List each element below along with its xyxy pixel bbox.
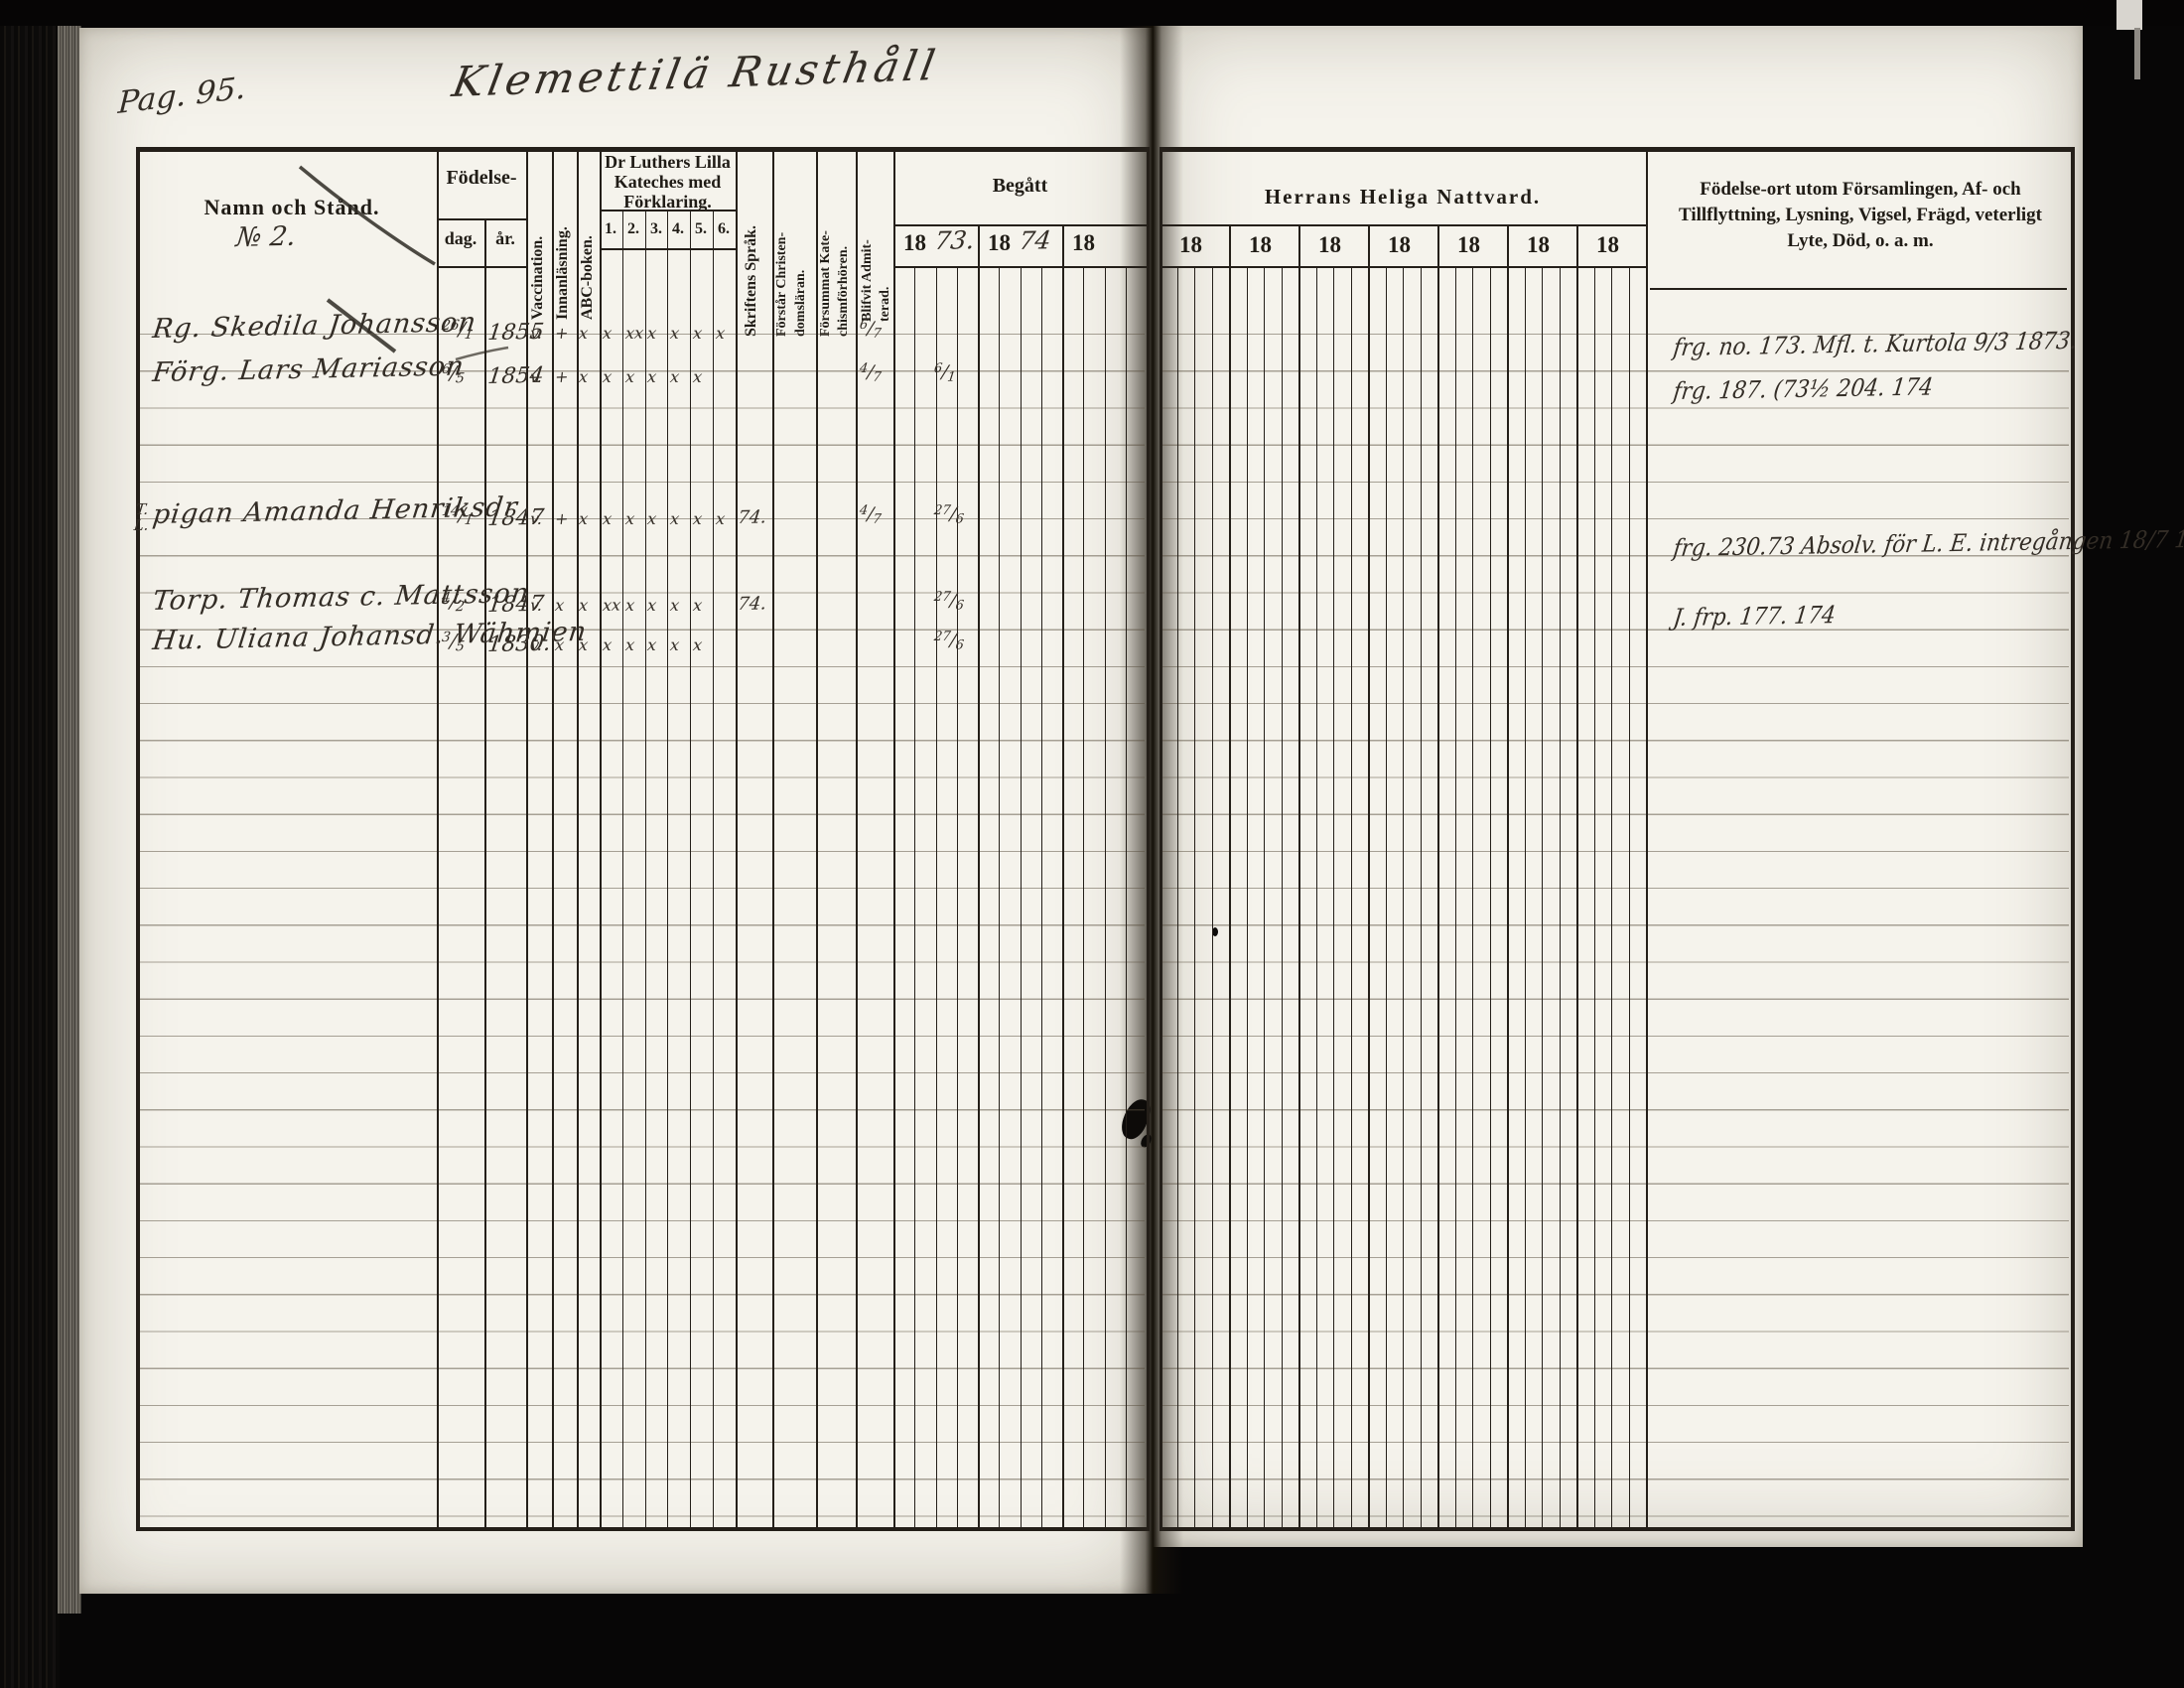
left-page-rowlines	[138, 298, 1145, 1527]
grid-vline	[1147, 147, 1150, 1531]
entry-innanlasning-mark: +	[554, 367, 570, 386]
scan-corner-notch	[2116, 0, 2142, 30]
grid-hline	[437, 218, 526, 220]
grid-vline	[1421, 266, 1422, 1531]
grid-vline	[1264, 266, 1265, 1531]
entry-begatt-date: 27/6	[932, 589, 966, 614]
column-header-blifvit-line1: Blifvit Admit-	[860, 153, 876, 322]
entry-birth-day: 4/2	[440, 590, 467, 616]
grid-vline	[999, 266, 1000, 1531]
grid-vline	[816, 147, 818, 1531]
nattvard-year-printed: 18	[1179, 232, 1202, 258]
grid-vline	[1472, 266, 1473, 1531]
grid-hline	[1160, 1527, 2071, 1531]
page-edge-stack	[58, 25, 81, 1614]
begatt-year-printed: 18	[1072, 230, 1095, 256]
grid-vline	[136, 147, 140, 1531]
grid-vline	[936, 266, 937, 1531]
grid-hline	[1160, 266, 1646, 268]
grid-vline	[526, 147, 528, 1531]
entry-skriftens-value: 74.	[737, 506, 767, 528]
grid-hline	[136, 147, 1147, 152]
entry-admitterad-date: 6/7	[858, 318, 884, 343]
entry-begatt-date: 27/6	[932, 629, 966, 653]
grid-vline	[1160, 147, 1162, 1531]
grid-hline	[136, 1527, 1147, 1531]
grid-vline	[1126, 266, 1127, 1531]
luther-number-label: 4.	[667, 220, 689, 238]
column-header-namn: Namn och Stånd.	[149, 195, 435, 220]
grid-vline	[893, 147, 895, 1531]
grid-vline	[1298, 224, 1300, 1531]
household-number: № 2.	[234, 221, 298, 253]
grid-vline	[1594, 266, 1595, 1531]
grid-vline	[1525, 266, 1526, 1531]
grid-vline	[577, 147, 579, 1531]
grid-vline	[600, 147, 602, 1531]
grid-vline	[914, 266, 915, 1531]
entry-name: Förg. Lars Mariasson	[151, 351, 467, 388]
entry-skriftens-value: 74.	[737, 593, 767, 615]
luther-number-label: 1.	[600, 220, 621, 238]
grid-hline	[600, 248, 736, 250]
nattvard-year-printed: 18	[1527, 232, 1550, 258]
grid-vline	[1368, 224, 1370, 1531]
grid-vline	[978, 224, 980, 1531]
panel-header-fodelseort: Födelse-ort utom Församlingen, Af- och T…	[1662, 177, 2059, 254]
grid-vline	[645, 210, 646, 1531]
grid-hline	[893, 266, 1147, 268]
book-spine	[0, 0, 60, 1688]
grid-vline	[1229, 224, 1231, 1531]
scanned-parish-register: Pag. 95. Klemettilä Rusthåll Namn och St…	[0, 0, 2184, 1688]
entry-kateches-mark: xx	[624, 324, 644, 343]
grid-vline	[1507, 224, 1509, 1531]
grid-vline	[772, 147, 774, 1531]
grid-vline	[667, 210, 668, 1531]
nattvard-year-printed: 18	[1318, 232, 1341, 258]
luther-number-label: 6.	[713, 220, 735, 238]
nattvard-year-printed: 18	[1457, 232, 1480, 258]
grid-vline	[1542, 266, 1543, 1531]
nattvard-year-printed: 18	[1388, 232, 1411, 258]
entry-birth-day: 26/1	[440, 317, 476, 343]
grid-vline	[1194, 266, 1195, 1531]
entry-admitterad-date: 4/7	[858, 361, 884, 386]
grid-vline	[552, 147, 554, 1531]
grid-vline	[1455, 266, 1456, 1531]
grid-hline	[600, 210, 736, 211]
entry-vaccination-mark: v.	[529, 509, 544, 528]
grid-vline	[1062, 224, 1064, 1531]
grid-vline	[1083, 266, 1084, 1531]
grid-vline	[1316, 266, 1317, 1531]
grid-vline	[1629, 266, 1630, 1531]
entry-vaccination-mark: v.	[529, 596, 544, 615]
entry-vaccination-mark: v.	[529, 367, 544, 386]
column-header-innanlasning: Innanläsning.	[554, 153, 572, 320]
grid-vline	[1437, 224, 1439, 1531]
column-header-ar: år.	[485, 228, 525, 249]
entry-vaccination-mark: v.	[529, 635, 544, 654]
begatt-year-printed: 18	[988, 230, 1011, 256]
grid-vline	[1105, 266, 1106, 1531]
grid-hline	[1160, 224, 1646, 226]
grid-vline	[1560, 266, 1561, 1531]
nattvard-year-printed: 18	[1596, 232, 1619, 258]
grid-vline	[1403, 266, 1404, 1531]
grid-vline	[1041, 266, 1042, 1531]
luther-number-label: 3.	[645, 220, 667, 238]
entry-vaccination-mark: v.	[529, 324, 544, 343]
grid-vline	[1333, 266, 1334, 1531]
grid-vline	[1177, 266, 1178, 1531]
scan-edge-line	[2134, 28, 2140, 79]
begatt-year-handwritten: 74	[1018, 225, 1052, 255]
entry-admitterad-date: 4/7	[858, 503, 884, 528]
entry-begatt-date: 27/6	[932, 502, 966, 527]
grid-vline	[1576, 224, 1578, 1531]
entry-kateches-mark: xx	[602, 596, 621, 615]
grid-vline	[736, 147, 738, 1531]
entry-innanlasning-mark: +	[554, 324, 570, 343]
begatt-year-printed: 18	[903, 230, 926, 256]
column-header-luther: Dr Luthers Lilla Kateches med Förklaring…	[601, 152, 735, 211]
column-header-blifvit-line2: terad.	[878, 153, 893, 322]
top-scan-border	[0, 0, 2184, 26]
grid-hline	[437, 266, 526, 268]
grid-vline	[1351, 266, 1352, 1531]
column-header-fodelse: Födelse-	[438, 167, 525, 190]
grid-vline	[1212, 266, 1213, 1531]
grid-vline	[856, 147, 858, 1531]
grid-vline	[1247, 266, 1248, 1531]
grid-vline	[1611, 266, 1612, 1531]
panel-note: frg. 187. (73½ 204. 174	[1672, 372, 1935, 405]
grid-vline	[1490, 266, 1491, 1531]
grid-vline	[957, 266, 958, 1531]
grid-vline	[2071, 147, 2075, 1531]
begatt-year-handwritten: 73.	[933, 225, 976, 255]
column-header-vaccination: Vaccination.	[529, 153, 547, 320]
grid-vline	[1386, 266, 1387, 1531]
grid-vline	[690, 210, 691, 1531]
grid-hline	[1650, 288, 2067, 290]
grid-vline	[1646, 147, 1648, 1531]
grid-vline	[1021, 266, 1022, 1531]
panel-note: J. frp. 177. 174	[1672, 601, 1838, 632]
nattvard-year-printed: 18	[1249, 232, 1272, 258]
grid-vline	[1282, 266, 1283, 1531]
column-header-nattvard: Herrans Heliga Nattvard.	[1160, 185, 1646, 210]
entry-innanlasning-mark: +	[554, 509, 570, 528]
entry-birth-day: 3/5	[440, 630, 467, 655]
grid-vline	[713, 210, 714, 1531]
entry-birth-day: 6/5	[440, 361, 467, 387]
column-header-abc-boken: ABC-boken.	[579, 153, 597, 320]
luther-number-label: 2.	[622, 220, 644, 238]
grid-vline	[622, 210, 623, 1531]
entry-begatt-date: 6/1	[932, 361, 958, 386]
column-header-begatt: Begått	[893, 175, 1147, 198]
column-header-dag: dag.	[438, 228, 483, 249]
luther-number-label: 5.	[690, 220, 712, 238]
grid-hline	[1160, 147, 2071, 152]
entry-birth-day: 14/1	[440, 502, 476, 528]
grid-vline	[484, 220, 486, 1531]
